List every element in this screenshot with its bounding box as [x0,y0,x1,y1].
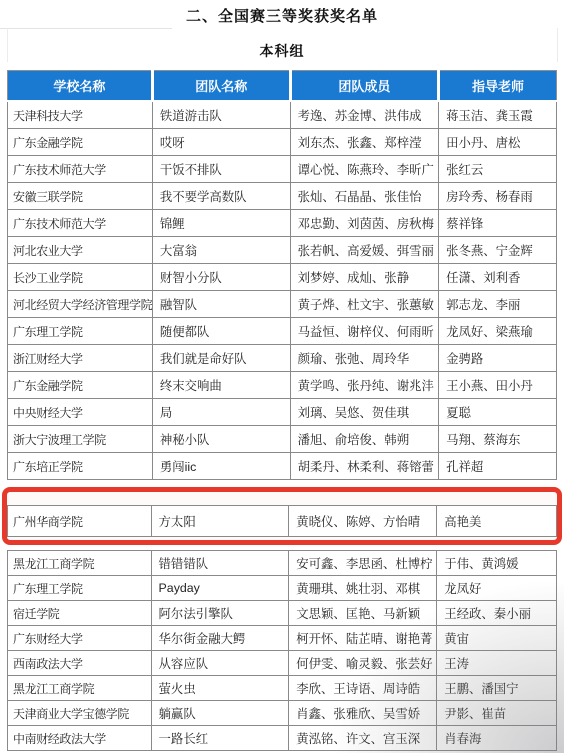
group-title: 本科组 [0,26,564,61]
cell-advisors: 王鹏、潘国宁 [437,676,557,701]
cell-members: 刘梦婷、成灿、张静 [290,264,439,291]
cell-school: 黑龙江工商学院 [8,551,152,576]
table-row: 广东技术师范大学干饭不排队谭心悦、陈燕玲、李昕广张红云 [8,156,557,183]
cell-team: 融智队 [152,291,290,318]
cell-team: 萤火虫 [151,676,289,701]
cell-advisors: 肖春海 [437,726,557,751]
cell-team: 神秘小队 [152,426,290,453]
cell-school: 河北经贸大学经济管理学院 [8,291,153,318]
table-row: 安徽三联学院我不要学高数队张灿、石晶晶、张佳怡房玲秀、杨春雨 [8,183,557,210]
cell-team: 锦鲤 [152,210,290,237]
cell-school: 安徽三联学院 [8,183,153,210]
column-header-members: 团队成员 [290,71,439,102]
cell-members: 黄子烨、杜文宇、张蕙敏 [290,291,439,318]
table-row: 天津商业大学宝德学院躺赢队肖鑫、张雅欣、吴雪娇尹影、崔苗 [8,701,557,726]
cell-team: 终末交响曲 [152,372,290,399]
cell-team: 我不要学高数队 [152,183,290,210]
red-annotation-box: 广州华商学院方太阳黄晓仪、陈婷、方怡晴高艳美 [2,487,562,545]
cell-advisors: 尹影、崔苗 [437,701,557,726]
cell-team: 错错错队 [151,551,289,576]
cell-advisors: 张冬燕、宁金辉 [439,237,557,264]
cell-members: 邓忠勤、刘茵茵、房秋梅 [290,210,439,237]
awards-table-bottom: 黑龙江工商学院错错错队安可鑫、李思函、杜博柠于伟、黄鸿媛广东理工学院Payday… [7,550,557,751]
cell-school: 西南政法大学 [8,651,152,676]
cell-school: 浙江财经大学 [8,345,153,372]
cell-members: 马益恒、谢梓仪、何雨昕 [290,318,439,345]
table-row: 广东金融学院哎呀刘东杰、张鑫、郑梓滢田小丹、唐松 [8,129,557,156]
cell-advisors: 于伟、黄鸿媛 [437,551,557,576]
cell-team: 财智小分队 [152,264,290,291]
cell-members: 何伊雯、喻灵毅、张芸好 [289,651,437,676]
cell-school: 中央财经大学 [8,399,153,426]
column-header-team: 团队名称 [152,71,290,102]
cell-school: 广东理工学院 [8,576,152,601]
table-row: 天津科技大学铁道游击队考逸、苏金博、洪伟成蒋玉洁、龚玉霞 [8,101,557,129]
cell-school: 宿迁学院 [8,601,152,626]
table-row: 西南政法大学从容应队何伊雯、喻灵毅、张芸好王涛 [8,651,557,676]
table-row: 黑龙江工商学院错错错队安可鑫、李思函、杜博柠于伟、黄鸿媛 [8,551,557,576]
cell-team: 从容应队 [151,651,289,676]
cell-school: 河北农业大学 [8,237,153,264]
column-header-school: 学校名称 [8,71,153,102]
cell-school: 中南财经政法大学 [8,726,152,751]
cell-members: 黄晓仪、陈婷、方怡晴 [289,506,437,537]
cell-team: 大富翁 [152,237,290,264]
table-row: 广东财经大学华尔街金融大鳄柯开怀、陆芷晴、谢艳菁黄宙 [8,626,557,651]
table-row: 中央财经大学局刘璃、吴悠、贺佳琪夏聪 [8,399,557,426]
cell-advisors: 龙凤好、梁燕瑜 [439,318,557,345]
highlighted-row-table: 广州华商学院方太阳黄晓仪、陈婷、方怡晴高艳美 [7,505,557,537]
table-row: 河北农业大学大富翁张若帆、高爱媛、弭雪丽张冬燕、宁金辉 [8,237,557,264]
table-row: 浙大宁波理工学院神秘小队潘旭、俞培俊、韩朔马翔、蔡海东 [8,426,557,453]
cell-members: 胡柔丹、林柔利、蒋镕蕾 [290,453,439,480]
cell-school: 广东金融学院 [8,372,153,399]
cell-members: 李欣、王诗语、周诗皓 [289,676,437,701]
table-row: 黑龙江工商学院萤火虫李欣、王诗语、周诗皓王鹏、潘国宁 [8,676,557,701]
cell-team: 方太阳 [151,506,289,537]
cell-team: 干饭不排队 [152,156,290,183]
table-row: 广东金融学院终末交响曲黄学鸣、张丹纯、谢兆沣王小燕、田小丹 [8,372,557,399]
table-row: 长沙工业学院财智小分队刘梦婷、成灿、张静任潇、刘利香 [8,264,557,291]
cell-team: 阿尔法引擎队 [151,601,289,626]
cell-members: 张灿、石晶晶、张佳怡 [290,183,439,210]
cell-advisors: 黄宙 [437,626,557,651]
cell-members: 黄珊琪、姚壮羽、邓棋 [289,576,437,601]
cell-team: 躺赢队 [151,701,289,726]
table-row: 广东理工学院随便都队马益恒、谢梓仪、何雨昕龙凤好、梁燕瑜 [8,318,557,345]
cell-advisors: 任潇、刘利香 [439,264,557,291]
cell-team: 华尔街金融大鳄 [151,626,289,651]
cell-members: 考逸、苏金博、洪伟成 [290,101,439,129]
table-row: 浙江财经大学我们就是命好队颜瑜、张弛、周玲华金骋路 [8,345,557,372]
cell-advisors: 蔡祥锋 [439,210,557,237]
cell-advisors: 田小丹、唐松 [439,129,557,156]
cell-members: 黄学鸣、张丹纯、谢兆沣 [290,372,439,399]
page-scan-edge-left [7,28,8,62]
cell-advisors: 王涛 [437,651,557,676]
cell-team: 我们就是命好队 [152,345,290,372]
column-header-advisors: 指导老师 [439,71,557,102]
cell-team: 哎呀 [152,129,290,156]
cell-school: 长沙工业学院 [8,264,153,291]
section-title: 二、全国赛三等奖获奖名单 [0,0,564,26]
cell-school: 天津商业大学宝德学院 [8,701,152,726]
cell-team: Payday [151,576,289,601]
table-row: 宿迁学院阿尔法引擎队文思颖、匡艳、马新颖王经政、秦小丽 [8,601,557,626]
table-row: 广东理工学院Payday黄珊琪、姚壮羽、邓棋龙凤好 [8,576,557,601]
cell-school: 广东金融学院 [8,129,153,156]
cell-team: 勇闯iic [152,453,290,480]
table-header: 学校名称团队名称团队成员指导老师 [8,71,557,102]
cell-team: 铁道游击队 [152,101,290,129]
cell-school: 黑龙江工商学院 [8,676,152,701]
cell-members: 黄泓铭、许文、宫玉深 [289,726,437,751]
cell-advisors: 高艳美 [437,506,557,537]
cell-advisors: 王经政、秦小丽 [437,601,557,626]
cell-members: 柯开怀、陆芷晴、谢艳菁 [289,626,437,651]
cell-advisors: 蒋玉洁、龚玉霞 [439,101,557,129]
cell-school: 广东培正学院 [8,453,153,480]
header-row: 学校名称团队名称团队成员指导老师 [8,71,557,102]
table-row: 广东技术师范大学锦鲤邓忠勤、刘茵茵、房秋梅蔡祥锋 [8,210,557,237]
cell-school: 天津科技大学 [8,101,153,129]
cell-school: 广东技术师范大学 [8,210,153,237]
cell-school: 浙大宁波理工学院 [8,426,153,453]
cell-school: 广州华商学院 [8,506,152,537]
page-scan-edge-top [0,28,172,29]
title-block: 二、全国赛三等奖获奖名单 本科组 [0,0,564,61]
cell-team: 一路长红 [151,726,289,751]
cell-members: 潘旭、俞培俊、韩朔 [290,426,439,453]
cell-members: 张若帆、高爱媛、弭雪丽 [290,237,439,264]
cell-advisors: 王小燕、田小丹 [439,372,557,399]
cell-school: 广东财经大学 [8,626,152,651]
cell-advisors: 金骋路 [439,345,557,372]
table-row: 广东培正学院勇闯iic胡柔丹、林柔利、蒋镕蕾孔祥超 [8,453,557,480]
cell-advisors: 张红云 [439,156,557,183]
cell-advisors: 房玲秀、杨春雨 [439,183,557,210]
awards-table-top: 学校名称团队名称团队成员指导老师 天津科技大学铁道游击队考逸、苏金博、洪伟成蒋玉… [7,70,557,480]
cell-members: 谭心悦、陈燕玲、李昕广 [290,156,439,183]
cell-team: 随便都队 [152,318,290,345]
cell-advisors: 郭志龙、李丽 [439,291,557,318]
table-row: 广州华商学院方太阳黄晓仪、陈婷、方怡晴高艳美 [8,506,557,537]
cell-team: 局 [152,399,290,426]
cell-members: 刘东杰、张鑫、郑梓滢 [290,129,439,156]
table-row: 河北经贸大学经济管理学院融智队黄子烨、杜文宇、张蕙敏郭志龙、李丽 [8,291,557,318]
table-row: 中南财经政法大学一路长红黄泓铭、许文、宫玉深肖春海 [8,726,557,751]
cell-advisors: 夏聪 [439,399,557,426]
cell-advisors: 马翔、蔡海东 [439,426,557,453]
cell-members: 文思颖、匡艳、马新颖 [289,601,437,626]
cell-members: 肖鑫、张雅欣、吴雪娇 [289,701,437,726]
cell-members: 安可鑫、李思函、杜博柠 [289,551,437,576]
cell-members: 颜瑜、张弛、周玲华 [290,345,439,372]
cell-school: 广东技术师范大学 [8,156,153,183]
page-scan-edge-right [557,28,558,62]
cell-members: 刘璃、吴悠、贺佳琪 [290,399,439,426]
cell-school: 广东理工学院 [8,318,153,345]
cell-advisors: 龙凤好 [437,576,557,601]
cell-advisors: 孔祥超 [439,453,557,480]
